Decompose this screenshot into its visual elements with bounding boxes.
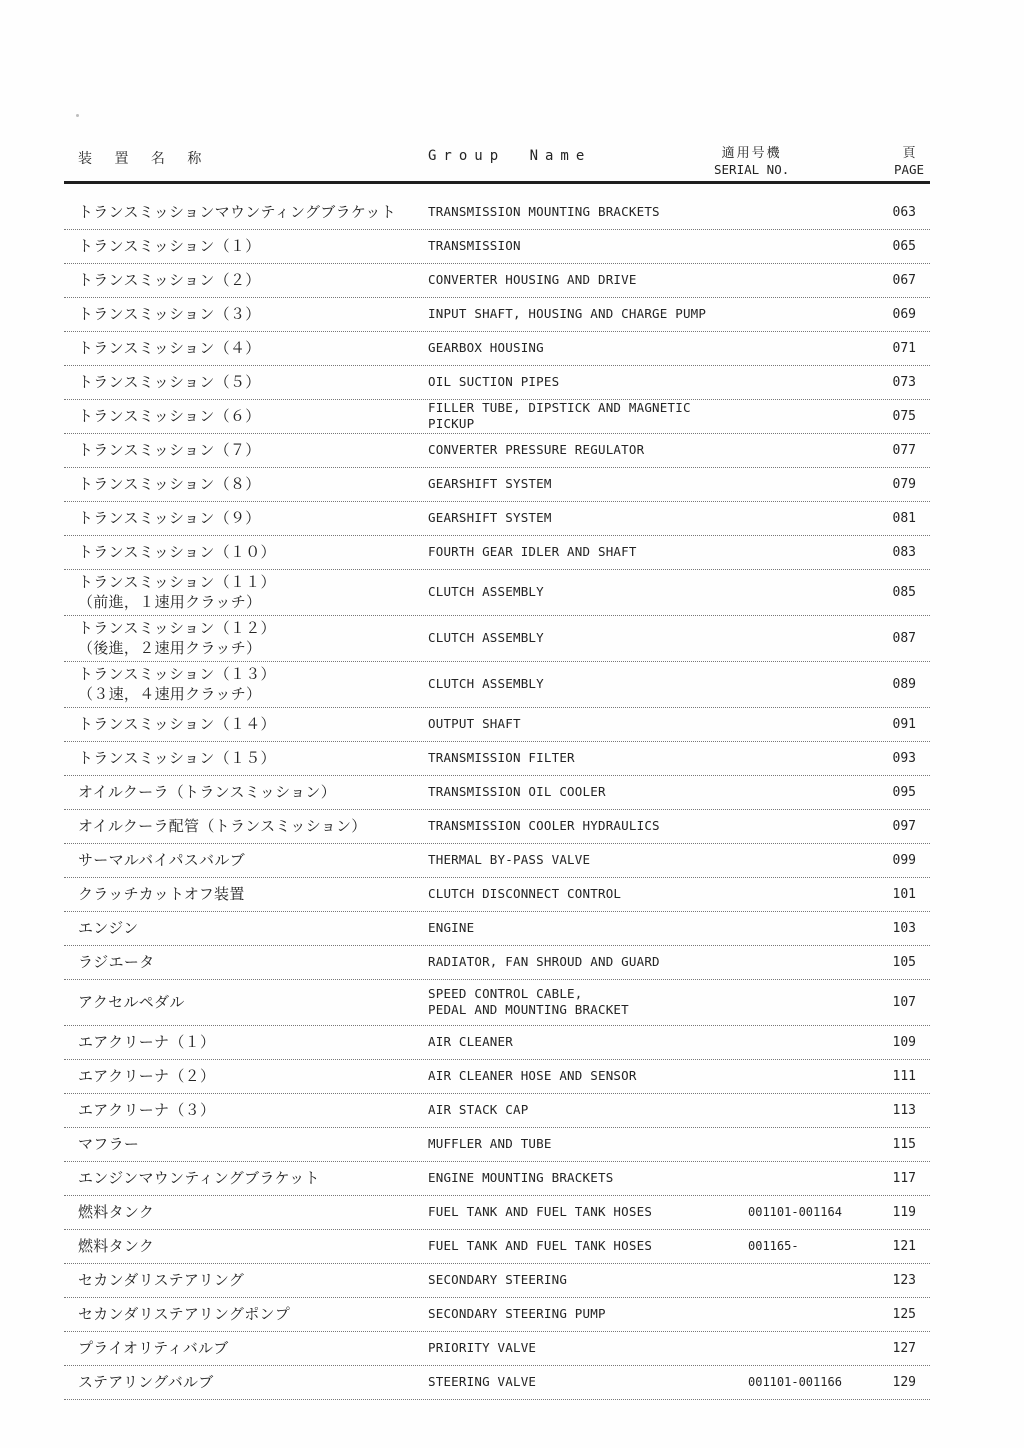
page-no: 125 [888,1307,930,1322]
header-serial-no-en: SERIAL NO. [714,162,789,178]
group-name-line1: CONVERTER HOUSING AND DRIVE [428,272,740,289]
device-name-ja: トランスミッション（１０） [64,542,428,563]
toc-table: 装 置 名 称 Group Name 適用号機 SERIAL NO. 頁 PAG… [64,146,930,1400]
device-name-ja-line1: トランスミッション（５） [78,372,428,393]
device-name-ja: セカンダリステアリング [64,1270,428,1291]
device-name-ja: トランスミッション（１３） （３速，４速用クラッチ） [64,664,428,705]
device-name-ja: エンジンマウンティングブラケット [64,1168,428,1189]
table-row: トランスミッション（７） CONVERTER PRESSURE REGULATO… [64,434,930,468]
group-name: MUFFLER AND TUBE [428,1136,740,1153]
table-row: 燃料タンク FUEL TANK AND FUEL TANK HOSES 0011… [64,1196,930,1230]
page-no: 079 [888,477,930,492]
header-page: 頁 PAGE [888,146,930,178]
device-name-ja: オイルクーラ（トランスミッション） [64,782,428,803]
page-no: 075 [888,409,930,424]
serial-no: 001165- [740,1239,888,1253]
page-no: 097 [888,819,930,834]
device-name-ja-line1: ステアリングバルブ [78,1372,428,1393]
table-row: 燃料タンク FUEL TANK AND FUEL TANK HOSES 0011… [64,1230,930,1264]
page-no: 095 [888,785,930,800]
device-name-ja-line1: トランスミッション（１０） [78,542,428,563]
group-name-line1: FUEL TANK AND FUEL TANK HOSES [428,1238,740,1255]
device-name-ja-line1: トランスミッション（７） [78,440,428,461]
table-row: トランスミッション（２） CONVERTER HOUSING AND DRIVE… [64,264,930,298]
device-name-ja: トランスミッション（１） [64,236,428,257]
table-row: エアクリーナ（３） AIR STACK CAP 113 [64,1094,930,1128]
device-name-ja-line1: マフラー [78,1134,428,1155]
group-name-line1: CLUTCH ASSEMBLY [428,584,740,601]
group-name: SPEED CONTROL CABLE, PEDAL AND MOUNTING … [428,986,740,1019]
device-name-ja: トランスミッション（１５） [64,748,428,769]
group-name: FOURTH GEAR IDLER AND SHAFT [428,544,740,561]
table-row: トランスミッション（３） INPUT SHAFT, HOUSING AND CH… [64,298,930,332]
device-name-ja-line1: トランスミッション（１４） [78,714,428,735]
group-name-line1: FOURTH GEAR IDLER AND SHAFT [428,544,740,561]
page-no: 117 [888,1171,930,1186]
table-row: クラッチカットオフ装置 CLUTCH DISCONNECT CONTROL 10… [64,878,930,912]
device-name-ja-line2: （後進，２速用クラッチ） [78,638,428,659]
device-name-ja: ステアリングバルブ [64,1372,428,1393]
serial-no: 001101-001164 [740,1205,888,1219]
device-name-ja-line1: セカンダリステアリング [78,1270,428,1291]
device-name-ja: ラジエータ [64,952,428,973]
scan-speck [76,114,79,117]
device-name-ja-line1: アクセルペダル [78,992,428,1013]
group-name: PRIORITY VALVE [428,1340,740,1357]
table-row: トランスミッション（１５） TRANSMISSION FILTER 093 [64,742,930,776]
group-name: SECONDARY STEERING [428,1272,740,1289]
device-name-ja: トランスミッション（６） [64,406,428,427]
page-no: 119 [888,1205,930,1220]
header-page-en: PAGE [888,162,930,178]
group-name-line1: CLUTCH ASSEMBLY [428,676,740,693]
table-row: エンジン ENGINE 103 [64,912,930,946]
group-name-line1: SECONDARY STEERING PUMP [428,1306,740,1323]
device-name-ja: セカンダリステアリングポンプ [64,1304,428,1325]
group-name-line1: ENGINE [428,920,740,937]
table-row: プライオリティバルブ PRIORITY VALVE 127 [64,1332,930,1366]
device-name-ja-line1: トランスミッション（１１） [78,572,428,593]
group-name: ENGINE MOUNTING BRACKETS [428,1170,740,1187]
device-name-ja-line1: トランスミッション（３） [78,304,428,325]
table-row: エアクリーナ（１） AIR CLEANER 109 [64,1026,930,1060]
table-row: トランスミッション（９） GEARSHIFT SYSTEM 081 [64,502,930,536]
page-no: 127 [888,1341,930,1356]
group-name: THERMAL BY-PASS VALVE [428,852,740,869]
group-name: CLUTCH DISCONNECT CONTROL [428,886,740,903]
page-no: 101 [888,887,930,902]
page-no: 077 [888,443,930,458]
group-name: TRANSMISSION COOLER HYDRAULICS [428,818,740,835]
table-row: トランスミッション（１３） （３速，４速用クラッチ） CLUTCH ASSEMB… [64,662,930,708]
table-row: エンジンマウンティングブラケット ENGINE MOUNTING BRACKET… [64,1162,930,1196]
group-name-line1: GEARBOX HOUSING [428,340,740,357]
device-name-ja: トランスミッション（５） [64,372,428,393]
group-name: GEARBOX HOUSING [428,340,740,357]
device-name-ja-line1: トランスミッションマウンティングブラケット [78,202,428,223]
device-name-ja: トランスミッション（１２） （後進，２速用クラッチ） [64,618,428,659]
device-name-ja-line2: （前進，１速用クラッチ） [78,592,428,613]
page-no: 123 [888,1273,930,1288]
table-row: ステアリングバルブ STEERING VALVE 001101-001166 1… [64,1366,930,1400]
device-name-ja: トランスミッション（２） [64,270,428,291]
group-name: CONVERTER PRESSURE REGULATOR [428,442,740,459]
page-no: 107 [888,995,930,1010]
group-name-line1: GEARSHIFT SYSTEM [428,510,740,527]
group-name-line1: TRANSMISSION MOUNTING BRACKETS [428,204,740,221]
table-row: オイルクーラ配管（トランスミッション） TRANSMISSION COOLER … [64,810,930,844]
group-name: OIL SUCTION PIPES [428,374,740,391]
group-name-line1: AIR CLEANER HOSE AND SENSOR [428,1068,740,1085]
group-name-line1: SPEED CONTROL CABLE, [428,986,740,1003]
device-name-ja: エアクリーナ（３） [64,1100,428,1121]
page-no: 109 [888,1035,930,1050]
group-name: TRANSMISSION OIL COOLER [428,784,740,801]
device-name-ja-line1: セカンダリステアリングポンプ [78,1304,428,1325]
page-no: 085 [888,585,930,600]
page-no: 067 [888,273,930,288]
device-name-ja-line2: （３速，４速用クラッチ） [78,684,428,705]
device-name-ja-line1: トランスミッション（１５） [78,748,428,769]
page-no: 099 [888,853,930,868]
group-name-line1: TRANSMISSION OIL COOLER [428,784,740,801]
device-name-ja: トランスミッション（１４） [64,714,428,735]
group-name-line1: ENGINE MOUNTING BRACKETS [428,1170,740,1187]
group-name-line1: STEERING VALVE [428,1374,740,1391]
group-name: AIR CLEANER HOSE AND SENSOR [428,1068,740,1085]
header-group-name: Group Name [428,146,740,164]
group-name: FILLER TUBE, DIPSTICK AND MAGNETIC PICKU… [428,400,740,433]
device-name-ja-line1: 燃料タンク [78,1236,428,1257]
device-name-ja-line1: エアクリーナ（３） [78,1100,428,1121]
device-name-ja-line1: 燃料タンク [78,1202,428,1223]
group-name-line1: OUTPUT SHAFT [428,716,740,733]
group-name-line1: TRANSMISSION FILTER [428,750,740,767]
device-name-ja-line1: トランスミッション（６） [78,406,428,427]
group-name: TRANSMISSION MOUNTING BRACKETS [428,204,740,221]
group-name: OUTPUT SHAFT [428,716,740,733]
toc-header-row: 装 置 名 称 Group Name 適用号機 SERIAL NO. 頁 PAG… [64,146,930,184]
group-name-line1: TRANSMISSION COOLER HYDRAULICS [428,818,740,835]
page-no: 071 [888,341,930,356]
device-name-ja: プライオリティバルブ [64,1338,428,1359]
page-no: 103 [888,921,930,936]
group-name-line1: PRIORITY VALVE [428,1340,740,1357]
group-name: RADIATOR, FAN SHROUD AND GUARD [428,954,740,971]
table-row: トランスミッション（１） TRANSMISSION 065 [64,230,930,264]
group-name-line1: THERMAL BY-PASS VALVE [428,852,740,869]
table-row: トランスミッションマウンティングブラケット TRANSMISSION MOUNT… [64,196,930,230]
device-name-ja-line1: エアクリーナ（１） [78,1032,428,1053]
group-name: GEARSHIFT SYSTEM [428,510,740,527]
device-name-ja-line1: トランスミッション（８） [78,474,428,495]
device-name-ja-line1: トランスミッション（１３） [78,664,428,685]
group-name-line1: INPUT SHAFT, HOUSING AND CHARGE PUMP [428,306,740,323]
group-name-line1: MUFFLER AND TUBE [428,1136,740,1153]
device-name-ja-line1: クラッチカットオフ装置 [78,884,428,905]
group-name: ENGINE [428,920,740,937]
group-name-line1: GEARSHIFT SYSTEM [428,476,740,493]
device-name-ja-line1: エンジン [78,918,428,939]
group-name-line1: CLUTCH DISCONNECT CONTROL [428,886,740,903]
group-name: FUEL TANK AND FUEL TANK HOSES [428,1204,740,1221]
page-no: 093 [888,751,930,766]
page-no: 091 [888,717,930,732]
table-row: アクセルペダル SPEED CONTROL CABLE, PEDAL AND M… [64,980,930,1026]
table-row: トランスミッション（６） FILLER TUBE, DIPSTICK AND M… [64,400,930,434]
page-no: 087 [888,631,930,646]
group-name-line1: AIR STACK CAP [428,1102,740,1119]
group-name: STEERING VALVE [428,1374,740,1391]
page-no: 063 [888,205,930,220]
device-name-ja: 燃料タンク [64,1202,428,1223]
page-no: 083 [888,545,930,560]
group-name-line1: OIL SUCTION PIPES [428,374,740,391]
table-row: ラジエータ RADIATOR, FAN SHROUD AND GUARD 105 [64,946,930,980]
table-row: サーマルバイパスバルブ THERMAL BY-PASS VALVE 099 [64,844,930,878]
device-name-ja-line1: トランスミッション（４） [78,338,428,359]
group-name: CLUTCH ASSEMBLY [428,584,740,601]
device-name-ja-line1: トランスミッション（２） [78,270,428,291]
device-name-ja: トランスミッション（８） [64,474,428,495]
table-row: エアクリーナ（２） AIR CLEANER HOSE AND SENSOR 11… [64,1060,930,1094]
device-name-ja: 燃料タンク [64,1236,428,1257]
table-row: トランスミッション（１１） （前進，１速用クラッチ） CLUTCH ASSEMB… [64,570,930,616]
page-no: 129 [888,1375,930,1390]
group-name-line1: RADIATOR, FAN SHROUD AND GUARD [428,954,740,971]
group-name: AIR CLEANER [428,1034,740,1051]
device-name-ja: トランスミッション（３） [64,304,428,325]
device-name-ja-line1: ラジエータ [78,952,428,973]
page-no: 081 [888,511,930,526]
page-no: 069 [888,307,930,322]
device-name-ja-line1: トランスミッション（１２） [78,618,428,639]
serial-no: 001101-001166 [740,1375,888,1389]
scanned-page: 装 置 名 称 Group Name 適用号機 SERIAL NO. 頁 PAG… [0,0,1024,1448]
header-device-name-ja: 装 置 名 称 [64,146,428,168]
page-no: 105 [888,955,930,970]
table-row: オイルクーラ（トランスミッション） TRANSMISSION OIL COOLE… [64,776,930,810]
header-page-ja: 頁 [888,146,930,162]
table-row: トランスミッション（１４） OUTPUT SHAFT 091 [64,708,930,742]
device-name-ja-line1: サーマルバイパスバルブ [78,850,428,871]
device-name-ja: サーマルバイパスバルブ [64,850,428,871]
table-row: セカンダリステアリングポンプ SECONDARY STEERING PUMP 1… [64,1298,930,1332]
group-name-line1: AIR CLEANER [428,1034,740,1051]
group-name-line1: SECONDARY STEERING [428,1272,740,1289]
group-name: AIR STACK CAP [428,1102,740,1119]
group-name: CONVERTER HOUSING AND DRIVE [428,272,740,289]
group-name-line2: PEDAL AND MOUNTING BRACKET [428,1002,740,1019]
table-row: マフラー MUFFLER AND TUBE 115 [64,1128,930,1162]
header-serial-no: 適用号機 SERIAL NO. [714,146,789,178]
device-name-ja: エンジン [64,918,428,939]
group-name-line1: CLUTCH ASSEMBLY [428,630,740,647]
device-name-ja-line1: プライオリティバルブ [78,1338,428,1359]
table-row: トランスミッション（１２） （後進，２速用クラッチ） CLUTCH ASSEMB… [64,616,930,662]
page-no: 111 [888,1069,930,1084]
device-name-ja: トランスミッションマウンティングブラケット [64,202,428,223]
device-name-ja: アクセルペダル [64,992,428,1013]
device-name-ja: エアクリーナ（２） [64,1066,428,1087]
toc-rows: トランスミッションマウンティングブラケット TRANSMISSION MOUNT… [64,184,930,1400]
device-name-ja: トランスミッション（７） [64,440,428,461]
group-name: SECONDARY STEERING PUMP [428,1306,740,1323]
device-name-ja-line1: オイルクーラ（トランスミッション） [78,782,428,803]
group-name: CLUTCH ASSEMBLY [428,676,740,693]
device-name-ja: クラッチカットオフ装置 [64,884,428,905]
group-name: GEARSHIFT SYSTEM [428,476,740,493]
device-name-ja: トランスミッション（４） [64,338,428,359]
device-name-ja-line1: エンジンマウンティングブラケット [78,1168,428,1189]
group-name-line1: TRANSMISSION [428,238,740,255]
group-name: CLUTCH ASSEMBLY [428,630,740,647]
group-name-line1: FILLER TUBE, DIPSTICK AND MAGNETIC PICKU… [428,400,740,433]
table-row: トランスミッション（１０） FOURTH GEAR IDLER AND SHAF… [64,536,930,570]
device-name-ja-line1: トランスミッション（１） [78,236,428,257]
page-no: 115 [888,1137,930,1152]
group-name: FUEL TANK AND FUEL TANK HOSES [428,1238,740,1255]
device-name-ja-line1: エアクリーナ（２） [78,1066,428,1087]
table-row: トランスミッション（５） OIL SUCTION PIPES 073 [64,366,930,400]
group-name-line1: CONVERTER PRESSURE REGULATOR [428,442,740,459]
device-name-ja: オイルクーラ配管（トランスミッション） [64,816,428,837]
table-row: セカンダリステアリング SECONDARY STEERING 123 [64,1264,930,1298]
table-row: トランスミッション（４） GEARBOX HOUSING 071 [64,332,930,366]
page-no: 065 [888,239,930,254]
group-name: TRANSMISSION [428,238,740,255]
header-serial-no-ja: 適用号機 [714,146,789,162]
table-row: トランスミッション（８） GEARSHIFT SYSTEM 079 [64,468,930,502]
device-name-ja: トランスミッション（１１） （前進，１速用クラッチ） [64,572,428,613]
group-name: INPUT SHAFT, HOUSING AND CHARGE PUMP [428,306,740,323]
group-name-line1: FUEL TANK AND FUEL TANK HOSES [428,1204,740,1221]
device-name-ja-line1: オイルクーラ配管（トランスミッション） [78,816,428,837]
page-no: 113 [888,1103,930,1118]
group-name: TRANSMISSION FILTER [428,750,740,767]
page-no: 121 [888,1239,930,1254]
device-name-ja: トランスミッション（９） [64,508,428,529]
page-no: 089 [888,677,930,692]
device-name-ja-line1: トランスミッション（９） [78,508,428,529]
device-name-ja: エアクリーナ（１） [64,1032,428,1053]
device-name-ja: マフラー [64,1134,428,1155]
page-no: 073 [888,375,930,390]
